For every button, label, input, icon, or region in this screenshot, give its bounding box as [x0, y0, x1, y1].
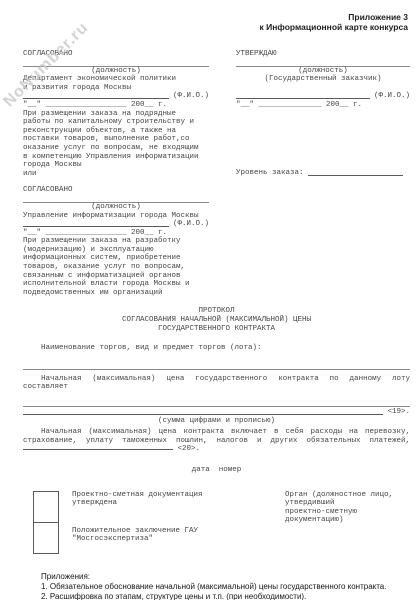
approve-position-caption: (должность) — [236, 67, 410, 76]
agreed-column: СОГЛАСОВАНО (должность) Департамент экон… — [23, 50, 209, 297]
approve-title: УТВЕРЖДАЮ — [236, 50, 410, 59]
checkbox-labels: Проектно-сметная документация утверждена… — [72, 491, 252, 544]
agreed1-position-caption: (должность) — [23, 67, 209, 76]
price-blank-line1 — [23, 406, 410, 407]
agreed2-fio-caption: (Ф.И.О.) — [173, 220, 209, 229]
or-label: или — [23, 170, 209, 179]
order-level-label: Уровень заказа: — [236, 169, 304, 178]
appendix-header: Приложение 3 к Информационной карте конк… — [260, 12, 408, 32]
agreed1-fio-row: (Ф.И.О.) — [23, 92, 209, 101]
checkbox-expertise — [33, 522, 59, 554]
approving-body-note: Орган (должностное лицо, утвердивший про… — [285, 491, 410, 525]
approve-organization: (Государственный заказчик) — [236, 75, 410, 84]
checkbox-expertise-label: Положительное заключение ГАУ "Мосгосэксп… — [72, 527, 252, 544]
agreed2-fio-row: (Ф.И.О.) — [23, 220, 209, 229]
agreed1-fio-blank — [23, 98, 169, 99]
agreed2-date-line: "__" __________________ 200__ г. — [23, 229, 209, 238]
agreed1-date-line: "__" __________________ 200__ г. — [23, 101, 209, 110]
includes-text: Начальная (максимальная) цена контракта … — [23, 428, 410, 445]
includes-paragraph: Начальная (максимальная) цена контракта … — [23, 428, 410, 454]
order-level-blank — [308, 175, 403, 176]
approve-fio-blank — [236, 98, 370, 99]
protocol-title-line3: ГОСУДАРСТВЕННОГО КОНТРАКТА — [23, 325, 410, 334]
agreed2-block: СОГЛАСОВАНО (должность) Управление инфор… — [23, 186, 209, 297]
agreed2-note: При размещении заказа на разработку (мод… — [23, 237, 209, 297]
appendix-header-line1: Приложение 3 — [260, 12, 408, 22]
agreed1-organization: Департамент экономической политики и раз… — [23, 75, 209, 92]
protocol-title: ПРОТОКОЛ СОГЛАСОВАНИЯ НАЧАЛЬНОЙ (МАКСИМА… — [23, 307, 410, 333]
approve-fio-caption: (Ф.И.О.) — [374, 92, 410, 101]
appendix-header-line2: к Информационной карте конкурса — [260, 22, 408, 32]
protocol-title-line2: СОГЛАСОВАНИЯ НАЧАЛЬНОЙ (МАКСИМАЛЬНОЙ) ЦЕ… — [23, 316, 410, 325]
price-blank-line2 — [23, 414, 383, 415]
appendix-item-1: 1. Обязательное обоснование начальной (м… — [41, 582, 410, 592]
order-level-row: Уровень заказа: — [236, 169, 410, 178]
agreed2-organization: Управление информатизации города Москвы — [23, 212, 209, 221]
signature-columns: СОГЛАСОВАНО (должность) Департамент экон… — [23, 50, 410, 297]
appendix-list: Приложения: 1. Обязательное обоснование … — [41, 572, 410, 600]
price-paragraph: Начальная (максимальная) цена государств… — [23, 375, 410, 392]
footnote-ref-19: <19>. — [387, 408, 410, 417]
agreed2-fio-blank — [23, 226, 169, 227]
agreed2-position-caption: (должность) — [23, 203, 209, 212]
agreed1-note: При размещении заказа на подрядные работ… — [23, 110, 209, 170]
sum-caption: (сумма цифрами и прописью) — [23, 417, 410, 426]
date-number-caption: дата номер — [23, 466, 410, 475]
approve-column: УТВЕРЖДАЮ (должность) (Государственный з… — [236, 50, 410, 297]
agreed1-title: СОГЛАСОВАНО — [23, 50, 209, 59]
approve-fio-row: (Ф.И.О.) — [236, 92, 410, 101]
price-blank-row: <19>. — [23, 408, 410, 417]
subject-blank-line — [23, 369, 410, 370]
document-page: NoNumber.ru Приложение 3 к Информационно… — [0, 0, 420, 600]
appendix-item-2: 2. Расшифровка по этапам, структуре цены… — [41, 592, 410, 600]
checkbox-psd-label: Проектно-сметная документация утверждена — [72, 491, 252, 508]
approve-date-line: "__" ______________ 200__ г. — [236, 101, 410, 110]
subject-label: Наименование торгов, вид и предмет торго… — [23, 344, 410, 353]
checkbox-column — [33, 491, 59, 554]
agreed2-title: СОГЛАСОВАНО — [23, 186, 209, 195]
agreed1-fio-caption: (Ф.И.О.) — [173, 92, 209, 101]
appendix-list-title: Приложения: — [41, 572, 410, 582]
footnote-ref-20: <20>. — [178, 445, 201, 453]
checkbox-psd-approved — [33, 491, 59, 523]
protocol-title-line1: ПРОТОКОЛ — [23, 307, 410, 316]
includes-blank — [23, 449, 173, 450]
checkbox-section: Проектно-сметная документация утверждена… — [23, 491, 410, 554]
